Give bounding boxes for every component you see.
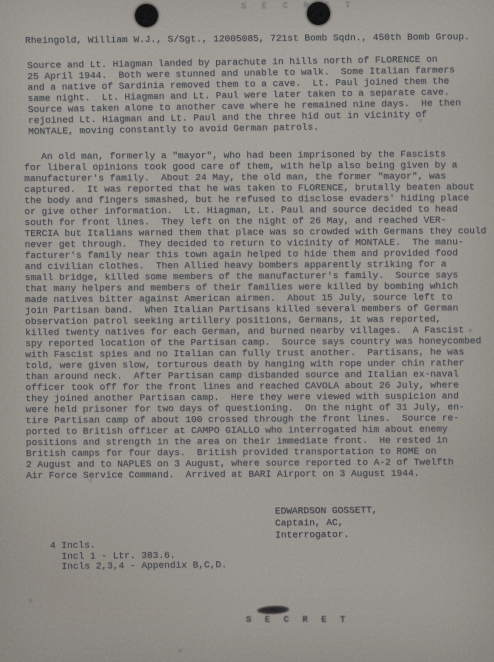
scan-specks bbox=[0, 0, 1, 1]
document-header-line: Rheingold, William W.J., S/Sgt., 1200508… bbox=[25, 31, 470, 46]
punch-hole-right bbox=[307, 2, 330, 25]
text-line: Incls 2,3,4 - Appendix B,C,D. bbox=[50, 560, 227, 572]
secret-stamp-bottom: S E C R E T bbox=[246, 615, 349, 625]
text-line: EDWARDSON GOSSETT, bbox=[275, 504, 378, 517]
signature-block: EDWARDSON GOSSETT,Captain, AC,Interrogat… bbox=[275, 504, 378, 541]
secret-stamp-top: S E C R E T bbox=[241, 1, 356, 12]
scanned-document-page: S E C R E T Rheingold, William W.J., S/S… bbox=[0, 0, 494, 662]
ink-smudge bbox=[257, 605, 289, 615]
punch-hole-left bbox=[135, 4, 158, 27]
paragraph-1: Source and Lt. Hiagman landed by parachu… bbox=[27, 53, 488, 137]
text-line: Air Force Service Command. Arrived at BA… bbox=[26, 467, 492, 481]
text-line: Captain, AC, bbox=[275, 516, 378, 529]
text-line: Interrogator. bbox=[275, 528, 378, 541]
header-text: Rheingold, William W.J., S/Sgt., 1200508… bbox=[25, 31, 470, 46]
inclosure-block: 4 Incls. Incl 1 - Ltr. 383.6. Incls 2,3,… bbox=[50, 539, 227, 572]
paragraph-2: An old man, formerly a "mayor", who had … bbox=[24, 148, 492, 481]
